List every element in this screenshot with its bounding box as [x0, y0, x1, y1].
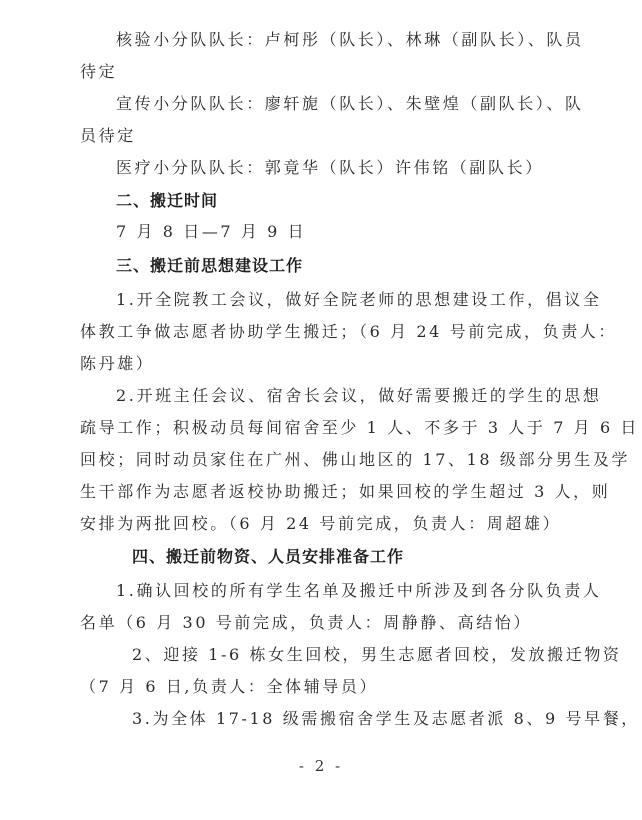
- section-4-item-2-line-2: （7 月 6 日,负责人：全体辅导员）: [80, 677, 378, 697]
- section-3-item-2-line-5: 安排为两批回校。（6 月 24 号前完成，负责人：周超雄）: [80, 514, 561, 534]
- section-3-item-1-line-3: 陈丹雄）: [80, 354, 154, 374]
- section-3-item-1-line-1: 1.开全院教工会议，做好全院老师的思想建设工作，倡议全: [116, 290, 601, 310]
- section-4-item-2-line-1: 2、迎接 1-6 栋女生回校，男生志愿者回校，发放搬迁物资: [132, 645, 622, 665]
- section-3-item-2-line-4: 生干部作为志愿者返校协助搬迁；如果回校的学生超过 3 人，则: [80, 482, 610, 502]
- team-medical-line: 医疗小分队队长：郭竟华（队长）许伟铭（副队长）: [116, 158, 544, 178]
- section-3-heading: 三、搬迁前思想建设工作: [116, 256, 303, 276]
- page-number: - 2 -: [0, 757, 642, 775]
- section-3-item-2-line-1: 2.开班主任会议、宿舍长会议，做好需要搬迁的学生的思想: [116, 386, 601, 406]
- document-page: 核验小分队队长：卢柯彤（队长）、林琳（副队长）、队员 待定 宣传小分队队长：廖轩…: [0, 0, 642, 820]
- section-2-content: 7 月 8 日—7 月 9 日: [116, 222, 306, 242]
- section-4-item-1-line-1: 1.确认回校的所有学生名单及搬迁中所涉及到各分队负责人: [116, 581, 601, 601]
- section-2-heading: 二、搬迁时间: [116, 191, 218, 211]
- section-3-item-2-line-2: 疏导工作；积极动员每间宿舍至少 1 人、不多于 3 人于 7 月 6 日: [80, 418, 639, 438]
- team-verification-line-2: 待定: [80, 62, 117, 82]
- team-publicity-line-2: 员待定: [80, 126, 136, 146]
- section-4-item-3-line-1: 3.为全体 17-18 级需搬宿舍学生及志愿者派 8、9 号早餐，: [132, 709, 640, 729]
- section-4-heading: 四、搬迁前物资、人员安排准备工作: [132, 547, 404, 567]
- section-3-item-2-line-3: 回校；同时动员家住在广州、佛山地区的 17、18 级部分男生及学: [80, 450, 630, 470]
- section-3-item-1-line-2: 体教工争做志愿者协助学生搬迁；（6 月 24 号前完成，负责人：: [80, 322, 617, 342]
- section-4-item-1-line-2: 名单（6 月 30 号前完成，负责人：周静静、高结怡）: [80, 613, 532, 633]
- team-publicity-line-1: 宣传小分队队长：廖轩旎（队长）、朱壁煌（副队长）、队: [116, 94, 584, 114]
- team-verification-line-1: 核验小分队队长：卢柯彤（队长）、林琳（副队长）、队员: [116, 30, 584, 50]
